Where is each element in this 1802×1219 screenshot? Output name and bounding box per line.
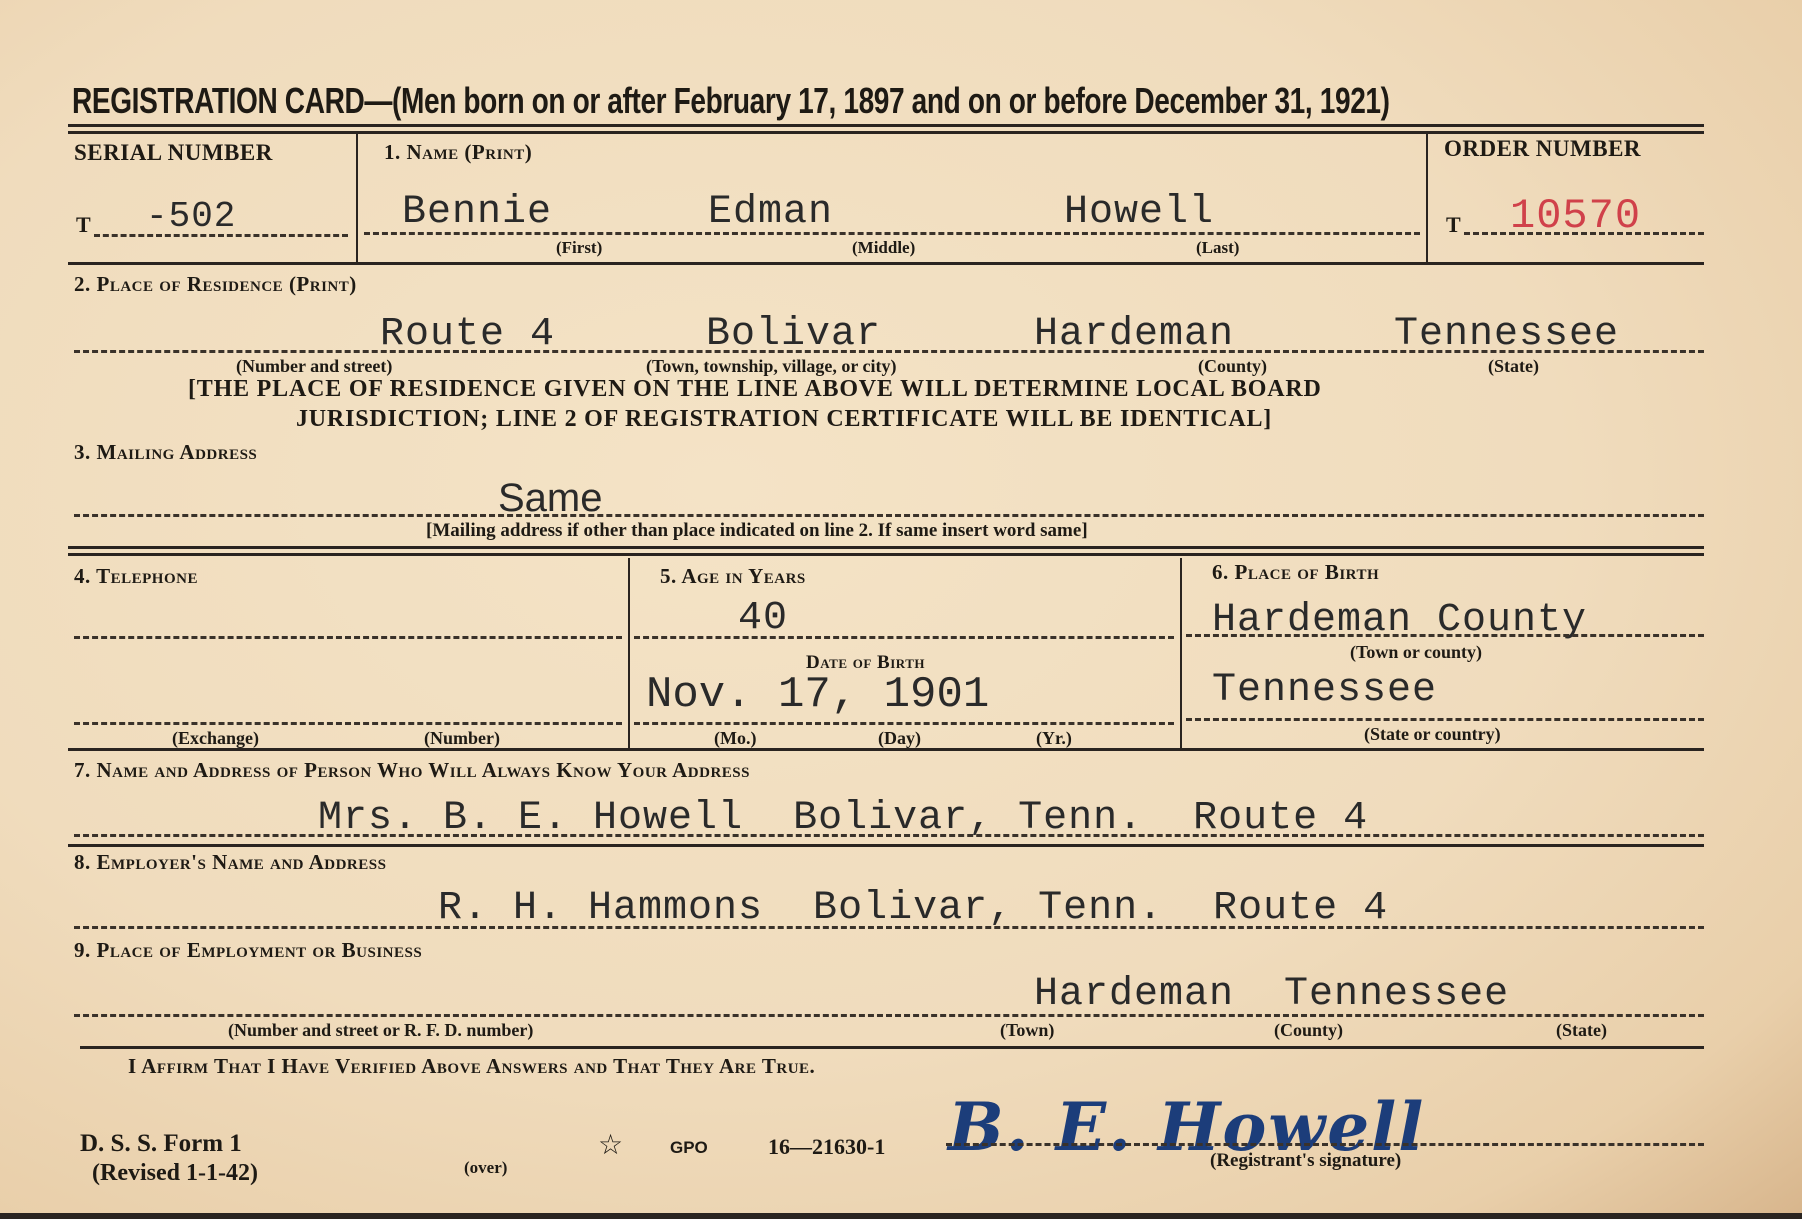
dob-line <box>634 722 1174 725</box>
employment-county-caption: (County) <box>1274 1020 1343 1041</box>
row-rule-2 <box>68 553 1704 556</box>
age-value[interactable]: 40 <box>738 596 788 641</box>
dob-value[interactable]: Nov. 17, 1901 <box>646 670 989 720</box>
town-caption: (Town, township, village, or city) <box>646 356 897 377</box>
employer-line <box>74 926 1704 929</box>
mailing-caption: [Mailing address if other than place ind… <box>426 520 1088 542</box>
county-caption: (County) <box>1198 356 1267 377</box>
employer-value[interactable]: R. H. Hammons Bolivar, Tenn. Route 4 <box>438 886 1388 931</box>
state-caption: (State) <box>1488 356 1539 377</box>
row-rule <box>80 1046 1704 1049</box>
day-caption: (Day) <box>878 728 921 749</box>
star-icon: ☆ <box>598 1128 623 1162</box>
title-rule <box>68 124 1704 127</box>
jurisdiction-notice-2: JURISDICTION; LINE 2 OF REGISTRATION CER… <box>296 406 1272 433</box>
telephone-line-2 <box>74 722 622 725</box>
divider <box>356 134 358 262</box>
divider <box>628 558 630 750</box>
birthplace-town-caption: (Town or county) <box>1350 642 1482 663</box>
contact-label: 7. Name and Address of Person Who Will A… <box>74 758 750 783</box>
telephone-line <box>74 636 622 639</box>
age-line <box>634 636 1174 639</box>
birthplace-state-caption: (State or country) <box>1364 724 1501 745</box>
serial-line <box>94 234 348 237</box>
contact-line <box>74 834 1704 837</box>
order-line <box>1464 232 1704 235</box>
gpo-label: GPO <box>670 1138 708 1158</box>
mailing-label: 3. Mailing Address <box>74 440 257 465</box>
registration-card: REGISTRATION CARD—(Men born on or after … <box>0 0 1802 1219</box>
row-rule <box>68 748 1704 751</box>
jurisdiction-notice-1: [THE PLACE OF RESIDENCE GIVEN ON THE LIN… <box>188 376 1322 403</box>
exchange-caption: (Exchange) <box>172 728 259 749</box>
birthplace-label: 6. Place of Birth <box>1212 560 1379 585</box>
middle-name[interactable]: Edman <box>708 190 833 235</box>
serial-prefix: T <box>76 212 91 238</box>
number-caption: (Number) <box>424 728 500 749</box>
birthplace-state[interactable]: Tennessee <box>1212 668 1437 713</box>
birthplace-line <box>1186 634 1704 637</box>
employment-label: 9. Place of Employment or Business <box>74 938 422 963</box>
revised-date: (Revised 1-1-42) <box>92 1160 258 1187</box>
birthplace-state-line <box>1186 718 1704 721</box>
signature-caption: (Registrant's signature) <box>1210 1150 1401 1172</box>
affirmation-text: I Affirm That I Have Verified Above Answ… <box>128 1054 815 1079</box>
form-number: D. S. S. Form 1 <box>80 1130 242 1158</box>
employer-label: 8. Employer's Name and Address <box>74 850 386 875</box>
mo-caption: (Mo.) <box>714 728 756 749</box>
order-prefix: T <box>1446 212 1461 238</box>
row-rule <box>68 546 1704 549</box>
row-rule <box>68 262 1704 265</box>
residence-label: 2. Place of Residence (Print) <box>74 272 357 297</box>
employment-value[interactable]: Hardeman Tennessee <box>1034 972 1509 1017</box>
signature-line <box>946 1143 1704 1146</box>
title-rule-2 <box>68 131 1704 134</box>
first-name[interactable]: Bennie <box>402 190 552 235</box>
serial-number-value[interactable]: -502 <box>146 196 236 237</box>
card-title: REGISTRATION CARD—(Men born on or after … <box>72 80 1390 122</box>
employment-state-caption: (State) <box>1556 1020 1607 1041</box>
last-caption: (Last) <box>1196 238 1239 258</box>
name-line <box>364 232 1420 235</box>
age-label: 5. Age in Years <box>660 564 806 589</box>
middle-caption: (Middle) <box>852 238 915 258</box>
row-rule <box>68 844 1704 847</box>
order-number-label: ORDER NUMBER <box>1444 136 1641 162</box>
street-caption: (Number and street) <box>236 356 392 377</box>
divider <box>1180 558 1182 750</box>
over-note: (over) <box>464 1158 507 1178</box>
employment-town-caption: (Town) <box>1000 1020 1054 1041</box>
serial-number-label: SERIAL NUMBER <box>74 140 273 166</box>
divider <box>1426 134 1428 262</box>
residence-line <box>74 350 1704 353</box>
name-label: 1. Name (Print) <box>384 140 532 165</box>
telephone-label: 4. Telephone <box>74 564 198 589</box>
yr-caption: (Yr.) <box>1036 728 1072 749</box>
gpo-number: 16—21630-1 <box>768 1134 885 1160</box>
first-caption: (First) <box>556 238 602 258</box>
employment-line <box>74 1014 1704 1017</box>
employment-street-caption: (Number and street or R. F. D. number) <box>228 1020 533 1041</box>
last-name[interactable]: Howell <box>1064 190 1214 235</box>
mailing-line <box>74 514 1704 517</box>
